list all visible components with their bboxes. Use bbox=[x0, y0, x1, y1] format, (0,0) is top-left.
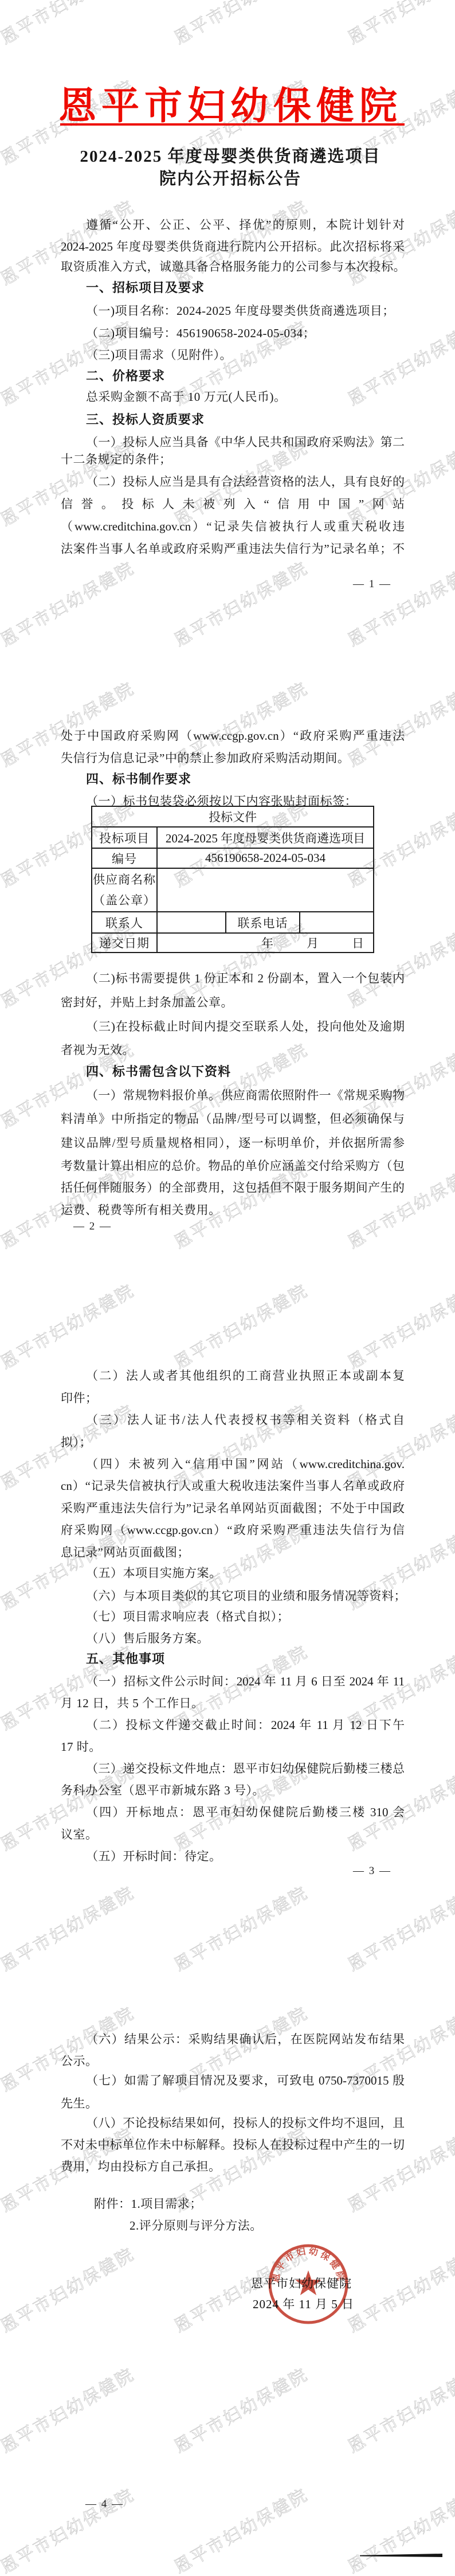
page-number-4: — 4 — bbox=[85, 2498, 124, 2511]
body-line: 括任何伴随服务）的全部费用，这包括但不限于服务期间产生的 bbox=[61, 1180, 405, 1195]
body-line: 十二条规定的条件； bbox=[61, 452, 405, 467]
body-line: （五）开标时间：待定。 bbox=[86, 1849, 405, 1864]
table-row: 供应商名称 （盖公章） bbox=[92, 868, 374, 912]
body-line: 费用，均由投标方自己承担。 bbox=[61, 2159, 405, 2174]
body-line: 息记录”网站页面截图； bbox=[61, 1545, 405, 1560]
contact-person-label: 联系人 bbox=[92, 912, 157, 933]
bid-number-value: 456190658-2024-05-034 bbox=[157, 848, 374, 868]
body-text-layer: 遵循“公开、公正、公平、择优”的原则，本院计划针对2024-2025 年度母婴类… bbox=[0, 0, 455, 2576]
table-row: 编号 456190658-2024-05-034 bbox=[92, 848, 374, 868]
section-heading: 三、投标人资质要求 bbox=[86, 412, 405, 427]
table-row: 递交日期 年 月 日 bbox=[92, 933, 374, 953]
body-line: （八）不论投标结果如何，投标人的投标文件均不退回，且 bbox=[86, 2116, 405, 2130]
body-line: （三）法人证书/法人代表授权书等相关资料（格式自 bbox=[86, 1412, 405, 1427]
supplier-name-value bbox=[157, 868, 374, 912]
body-line: 运费、税费等所有相关费用。 bbox=[61, 1203, 405, 1217]
body-line: （二)标书需要提供 1 份正本和 2 份副本，置入一个包装内 bbox=[86, 971, 405, 986]
bid-cover-label-table: 投标文件 投标项目 2024-2025 年度母婴类供货商遴选项目 编号 4561… bbox=[91, 806, 374, 953]
bid-project-label: 投标项目 bbox=[92, 827, 157, 848]
body-line: （六）与本项目类似的其它项目的业绩和服务情况等资料； bbox=[86, 1588, 405, 1603]
body-line: 者视为无效。 bbox=[61, 1043, 405, 1057]
body-line: 2.评分原则与评分方法。 bbox=[130, 2218, 405, 2233]
body-line: 附件：1.项目需求； bbox=[94, 2196, 405, 2211]
body-line: 采购严重违法失信行为”记录名单网站页面截图；不处于中国政 bbox=[61, 1501, 405, 1516]
body-line: （www.creditchina.gov.cn）“记录失信被执行人或重大税收违 bbox=[61, 519, 405, 534]
body-line: （四）开标地点：恩平市妇幼保健院后勤楼三楼 310 会 bbox=[86, 1805, 405, 1820]
body-line: 信誉。投标人未被列入“信用中国”网站 bbox=[61, 497, 405, 512]
section-heading: 一、招标项目及要求 bbox=[86, 280, 405, 295]
body-line: （三)在投标截止时间内提交至联系人处，投向他处及逾期 bbox=[86, 1019, 405, 1034]
supplier-name-label: 供应商名称 （盖公章） bbox=[92, 868, 157, 912]
body-line: 总采购金额不高于 10 万元(人民币)。 bbox=[86, 389, 405, 404]
page-number-1: — 1 — bbox=[353, 578, 391, 591]
submit-date-blanks: 年 月 日 bbox=[158, 934, 373, 951]
body-line: （二)项目编号：456190658-2024-05-034； bbox=[86, 326, 405, 341]
body-line: （四）未被列入“信用中国”网站（www.creditchina.gov. bbox=[86, 1457, 405, 1472]
signature-date: 2024 年 11 月 5 日 bbox=[253, 2295, 354, 2312]
body-line: 料清单》中所指定的物品（品牌/型号可以调整，但必须确保与 bbox=[61, 1111, 405, 1126]
body-line: 府采购网（www.ccgp.gov.cn）“政府采购严重违法失信行为信 bbox=[61, 1523, 405, 1537]
contact-person-value bbox=[157, 912, 226, 933]
body-line: （一）投标人应当具备《中华人民共和国政府采购法》第二 bbox=[86, 435, 405, 450]
body-line: 考数量计算出相应的总价。物品的单价应涵盖交付给采购方（包 bbox=[61, 1158, 405, 1173]
body-line: 公示。 bbox=[61, 2054, 405, 2068]
body-line: （一）招标文件公示时间：2024 年 11 月 6 日至 2024 年 11 bbox=[86, 1674, 405, 1689]
table-row-header: 投标文件 bbox=[92, 806, 374, 827]
body-line: 先生。 bbox=[61, 2096, 405, 2111]
bid-project-value: 2024-2025 年度母婴类供货商遴选项目 bbox=[157, 827, 374, 848]
body-line: （七）项目需求响应表（格式自拟）； bbox=[86, 1609, 405, 1624]
page-number-2: — 2 — bbox=[73, 1220, 112, 1233]
body-line: 密封好，并贴上封条加盖公章。 bbox=[61, 995, 405, 1010]
page-number-3: — 3 — bbox=[353, 1865, 391, 1878]
section-heading: 四、标书制作要求 bbox=[86, 772, 405, 787]
bid-number-label: 编号 bbox=[92, 848, 157, 868]
table-row: 联系人 联系电话 bbox=[92, 912, 374, 933]
signature-org-name: 恩平市妇幼保健院 bbox=[251, 2274, 352, 2292]
body-line: 取资质准入方式，诚邀具备合格服务能力的公司参与本次投标。 bbox=[61, 259, 405, 274]
contact-phone-label: 联系电话 bbox=[226, 912, 300, 933]
body-line: （二）投标文件递交截止时间：2024 年 11 月 12 日下午 bbox=[86, 1718, 405, 1732]
section-heading: 四、标书需包含以下资料 bbox=[86, 1064, 405, 1079]
body-line: 建议品牌/型号质量规格相同），逐一标明单价，并依据所需参 bbox=[61, 1135, 405, 1150]
submit-date-value: 年 月 日 bbox=[157, 933, 374, 953]
body-line: （二）投标人应当是具有合法经营资格的法人，具有良好的 bbox=[86, 474, 405, 489]
body-line: （二）法人或者其他组织的工商营业执照正本或副本复 bbox=[86, 1368, 405, 1383]
day-label: 日 bbox=[352, 934, 364, 951]
supplier-name-label-line1: 供应商名称 bbox=[92, 869, 156, 890]
body-line: cn）“记录失信被执行人或重大税收违法案件当事人名单或政府 bbox=[61, 1478, 405, 1493]
section-heading: 二、价格要求 bbox=[86, 369, 405, 384]
scanned-tender-document: 恩平市妇幼保健院恩平市妇幼保健院恩平市妇幼保健院恩平市妇幼保健院恩平市妇幼保健院… bbox=[0, 0, 455, 2576]
body-line: 法案件当事人名单或政府采购严重违法失信行为”记录名单；不 bbox=[61, 541, 405, 556]
body-line: （八）售后服务方案。 bbox=[86, 1631, 405, 1646]
body-line: 印件； bbox=[61, 1391, 405, 1406]
body-line: 遵循“公开、公正、公平、择优”的原则，本院计划针对 bbox=[86, 217, 405, 232]
body-line: （三）递交投标文件地点：恩平市妇幼保健院后勤楼三楼总 bbox=[86, 1761, 405, 1776]
section-heading: 五、其他事项 bbox=[86, 1652, 405, 1666]
body-line: 处于中国政府采购网（www.ccgp.gov.cn）“政府采购严重违法 bbox=[61, 728, 405, 743]
table-title-cell: 投标文件 bbox=[92, 806, 374, 827]
body-line: （六）结果公示：采购结果确认后，在医院网站发布结果 bbox=[86, 2032, 405, 2047]
body-line: 务科办公室（恩平市新城东路 3 号）。 bbox=[61, 1783, 405, 1798]
submit-date-label: 递交日期 bbox=[92, 933, 157, 953]
body-line: 失信行为信息记录”中的禁止参加政府采购活动期间。 bbox=[61, 751, 405, 766]
body-line: 月 12 日，共 5 个工作日。 bbox=[61, 1696, 405, 1711]
body-line: （一）常规物料报价单。供应商需依照附件一《常规采购物 bbox=[86, 1088, 405, 1103]
body-line: 不对未中标单位作未中标解释。投标人在投标过程中产生的一切 bbox=[61, 2137, 405, 2152]
year-label: 年 bbox=[261, 934, 273, 951]
body-line: 17 时。 bbox=[61, 1739, 405, 1754]
contact-phone-value bbox=[300, 912, 374, 933]
body-line: 议室。 bbox=[61, 1827, 405, 1842]
month-label: 月 bbox=[307, 934, 319, 951]
body-line: （五）本项目实施方案。 bbox=[86, 1566, 405, 1580]
body-line: （七）如需了解项目情况及要求，可致电 0750-7370015 殷 bbox=[86, 2073, 405, 2088]
body-line: 拟）； bbox=[61, 1435, 405, 1450]
body-line: 2024-2025 年度母婴类供货商进行院内公开招标。此次招标将采 bbox=[61, 239, 405, 254]
body-line: （一)项目名称：2024-2025 年度母婴类供货商遴选项目； bbox=[86, 303, 405, 318]
body-line: （三)项目需求（见附件）。 bbox=[86, 348, 405, 362]
table-row: 投标项目 2024-2025 年度母婴类供货商遴选项目 bbox=[92, 827, 374, 848]
supplier-name-label-line2: （盖公章） bbox=[92, 890, 156, 911]
